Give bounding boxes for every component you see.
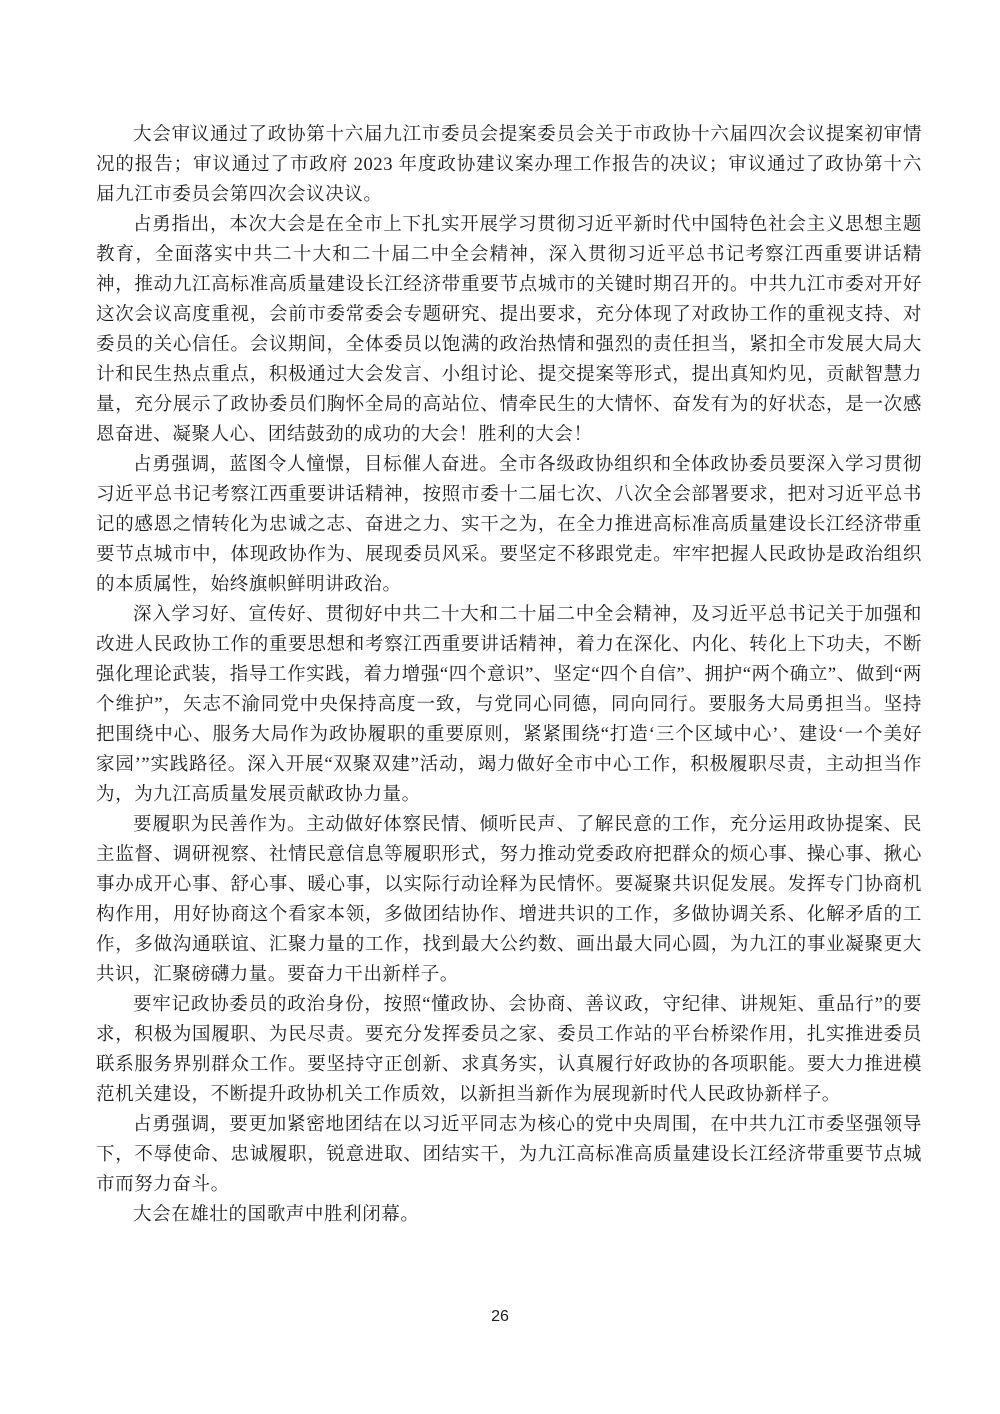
document-body: 大会审议通过了政协第十六届九江市委员会提案委员会关于市政协十六届四次会议提案初审… <box>96 120 922 1230</box>
paragraph-closing: 大会在雄壮的国歌声中胜利闭幕。 <box>96 1200 922 1230</box>
paragraph-study-propagate-implement: 深入学习好、宣传好、贯彻好中共二十大和二十届二中全会精神，及习近平总书记关于加强… <box>96 600 922 810</box>
paragraph-perform-duties-for-people: 要履职为民善作为。主动做好体察民情、倾听民声、了解民意的工作，充分运用政协提案、… <box>96 810 922 990</box>
paragraph-zhanyong-emphasized-blueprint: 占勇强调，蓝图令人憧憬，目标催人奋进。全市各级政协组织和全体政协委员要深入学习贯… <box>96 450 922 600</box>
document-page: 大会审议通过了政协第十六届九江市委员会提案委员会关于市政协十六届四次会议提案初审… <box>0 0 1000 1414</box>
paragraph-resolutions: 大会审议通过了政协第十六届九江市委员会提案委员会关于市政协十六届四次会议提案初审… <box>96 120 922 210</box>
paragraph-remember-political-identity: 要牢记政协委员的政治身份，按照“懂政协、会协商、善议政，守纪律、讲规矩、重品行”… <box>96 990 922 1110</box>
paragraph-zhanyong-pointed-out: 占勇指出，本次大会是在全市上下扎实开展学习贯彻习近平新时代中国特色社会主义思想主… <box>96 210 922 450</box>
page-number: 26 <box>0 1308 1000 1326</box>
paragraph-zhanyong-emphasized-unite: 占勇强调，要更加紧密地团结在以习近平同志为核心的党中央周围，在中共九江市委坚强领… <box>96 1110 922 1200</box>
